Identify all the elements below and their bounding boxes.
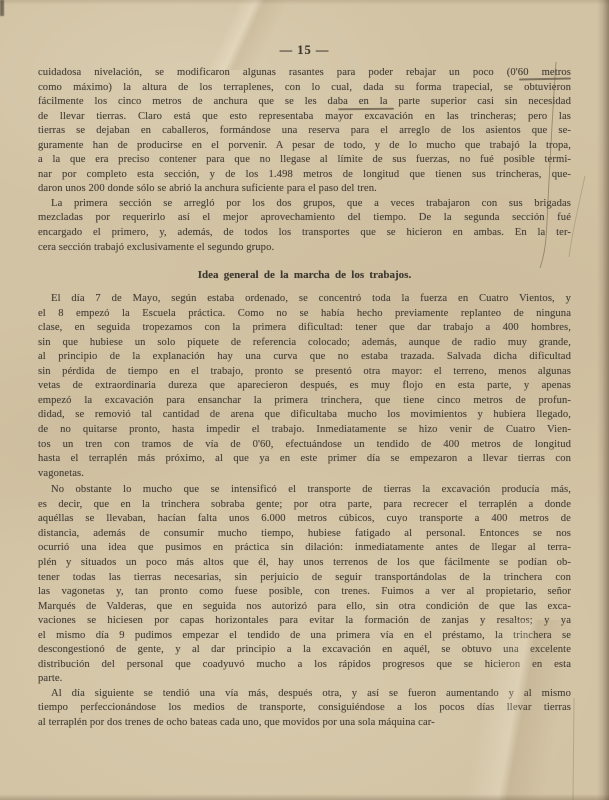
text-line: a la que era preciso contener para que n…	[38, 153, 571, 168]
text-line: como máximo) la altura de los terraplene…	[38, 81, 571, 96]
text-line: de llevar tierras. Claro está que esto r…	[38, 110, 571, 125]
text-line: nar por completo esta sección, y de los …	[38, 168, 571, 183]
text-line: sin que hubiese un solo piquete de refer…	[38, 336, 571, 351]
text-line: didad, se removió tal cantidad de arena …	[38, 408, 571, 423]
scanned-page: — 15 — cuidadosa nivelación, se modifica…	[0, 0, 609, 800]
text-line: de no quitarse pronto, hasta impedir el …	[38, 423, 571, 438]
text-line: clase, en seguida tropezamos con la prim…	[38, 321, 571, 336]
text-line: sin pérdida de tiempo en el trabajo, pro…	[38, 365, 571, 380]
text-line: las vagonetas y, tan pronto como fuese p…	[38, 585, 571, 600]
text-line: aquéllas se llevaban, hacían falta unos …	[38, 512, 571, 527]
text-line: encargado el primero, y, además, de todo…	[38, 226, 571, 241]
text-line: Marqués de Valderas, que en seguida nos …	[38, 600, 571, 615]
text-line: vagonetas.	[38, 467, 571, 482]
text-line: daron unos 200 donde sólo se abrió la an…	[38, 182, 571, 197]
page-edge-top	[0, 0, 609, 5]
text-line: al principio de la explanación hay una c…	[38, 350, 571, 365]
text-line: mezcladas por requerirlo así el mejor ap…	[38, 211, 571, 226]
text-line: hasta el terraplén más próximo, al que y…	[38, 452, 571, 467]
text-line: distancia, además de consumir mucho tiem…	[38, 527, 571, 542]
corner-ink-mark	[0, 0, 4, 16]
paragraph-3: El día 7 de Mayo, según estaba ordenado,…	[38, 292, 571, 481]
section-heading: Idea general de la marcha de los trabajo…	[38, 268, 571, 283]
text-line: tierras se dejaban en caballeros, formán…	[38, 124, 571, 139]
page-edge-bottom	[0, 794, 609, 800]
text-line: plén y situados un poco más altos que él…	[38, 556, 571, 571]
fold-crease-bottom-right	[409, 620, 609, 800]
text-line: ocurrió una idea que pusimos en práctica…	[38, 541, 571, 556]
text-line: tos un tren con tramos de vía de 0'60, e…	[38, 438, 571, 453]
text-line: empezó la excavación para ensanchar la p…	[38, 394, 571, 409]
text-line: tener todas las tierras necesarias, sin …	[38, 571, 571, 586]
paragraph-2: La primera sección se arregló por los do…	[38, 197, 571, 255]
paragraph-1: cuidadosa nivelación, se modificaron alg…	[38, 66, 571, 197]
fold-crease-top	[150, 0, 330, 70]
text-line: cera sección trabajó exclusivamente el s…	[38, 241, 571, 256]
text-line: es decir, que en la trinchera sobraba ge…	[38, 498, 571, 513]
text-line: fácilmente los cinco metros de anchura q…	[38, 95, 571, 110]
text-line: vetas de extraordinaria dureza que apare…	[38, 379, 571, 394]
text-line: el 8 empezó la Escuela práctica. Como no…	[38, 307, 571, 322]
text-line: El día 7 de Mayo, según estaba ordenado,…	[38, 292, 571, 307]
text-line: No obstante lo mucho que se intensificó …	[38, 483, 571, 498]
text-line: guramente han de producirse en el porven…	[38, 139, 571, 154]
text-line: La primera sección se arregló por los do…	[38, 197, 571, 212]
page-edge-shadow	[597, 0, 609, 800]
